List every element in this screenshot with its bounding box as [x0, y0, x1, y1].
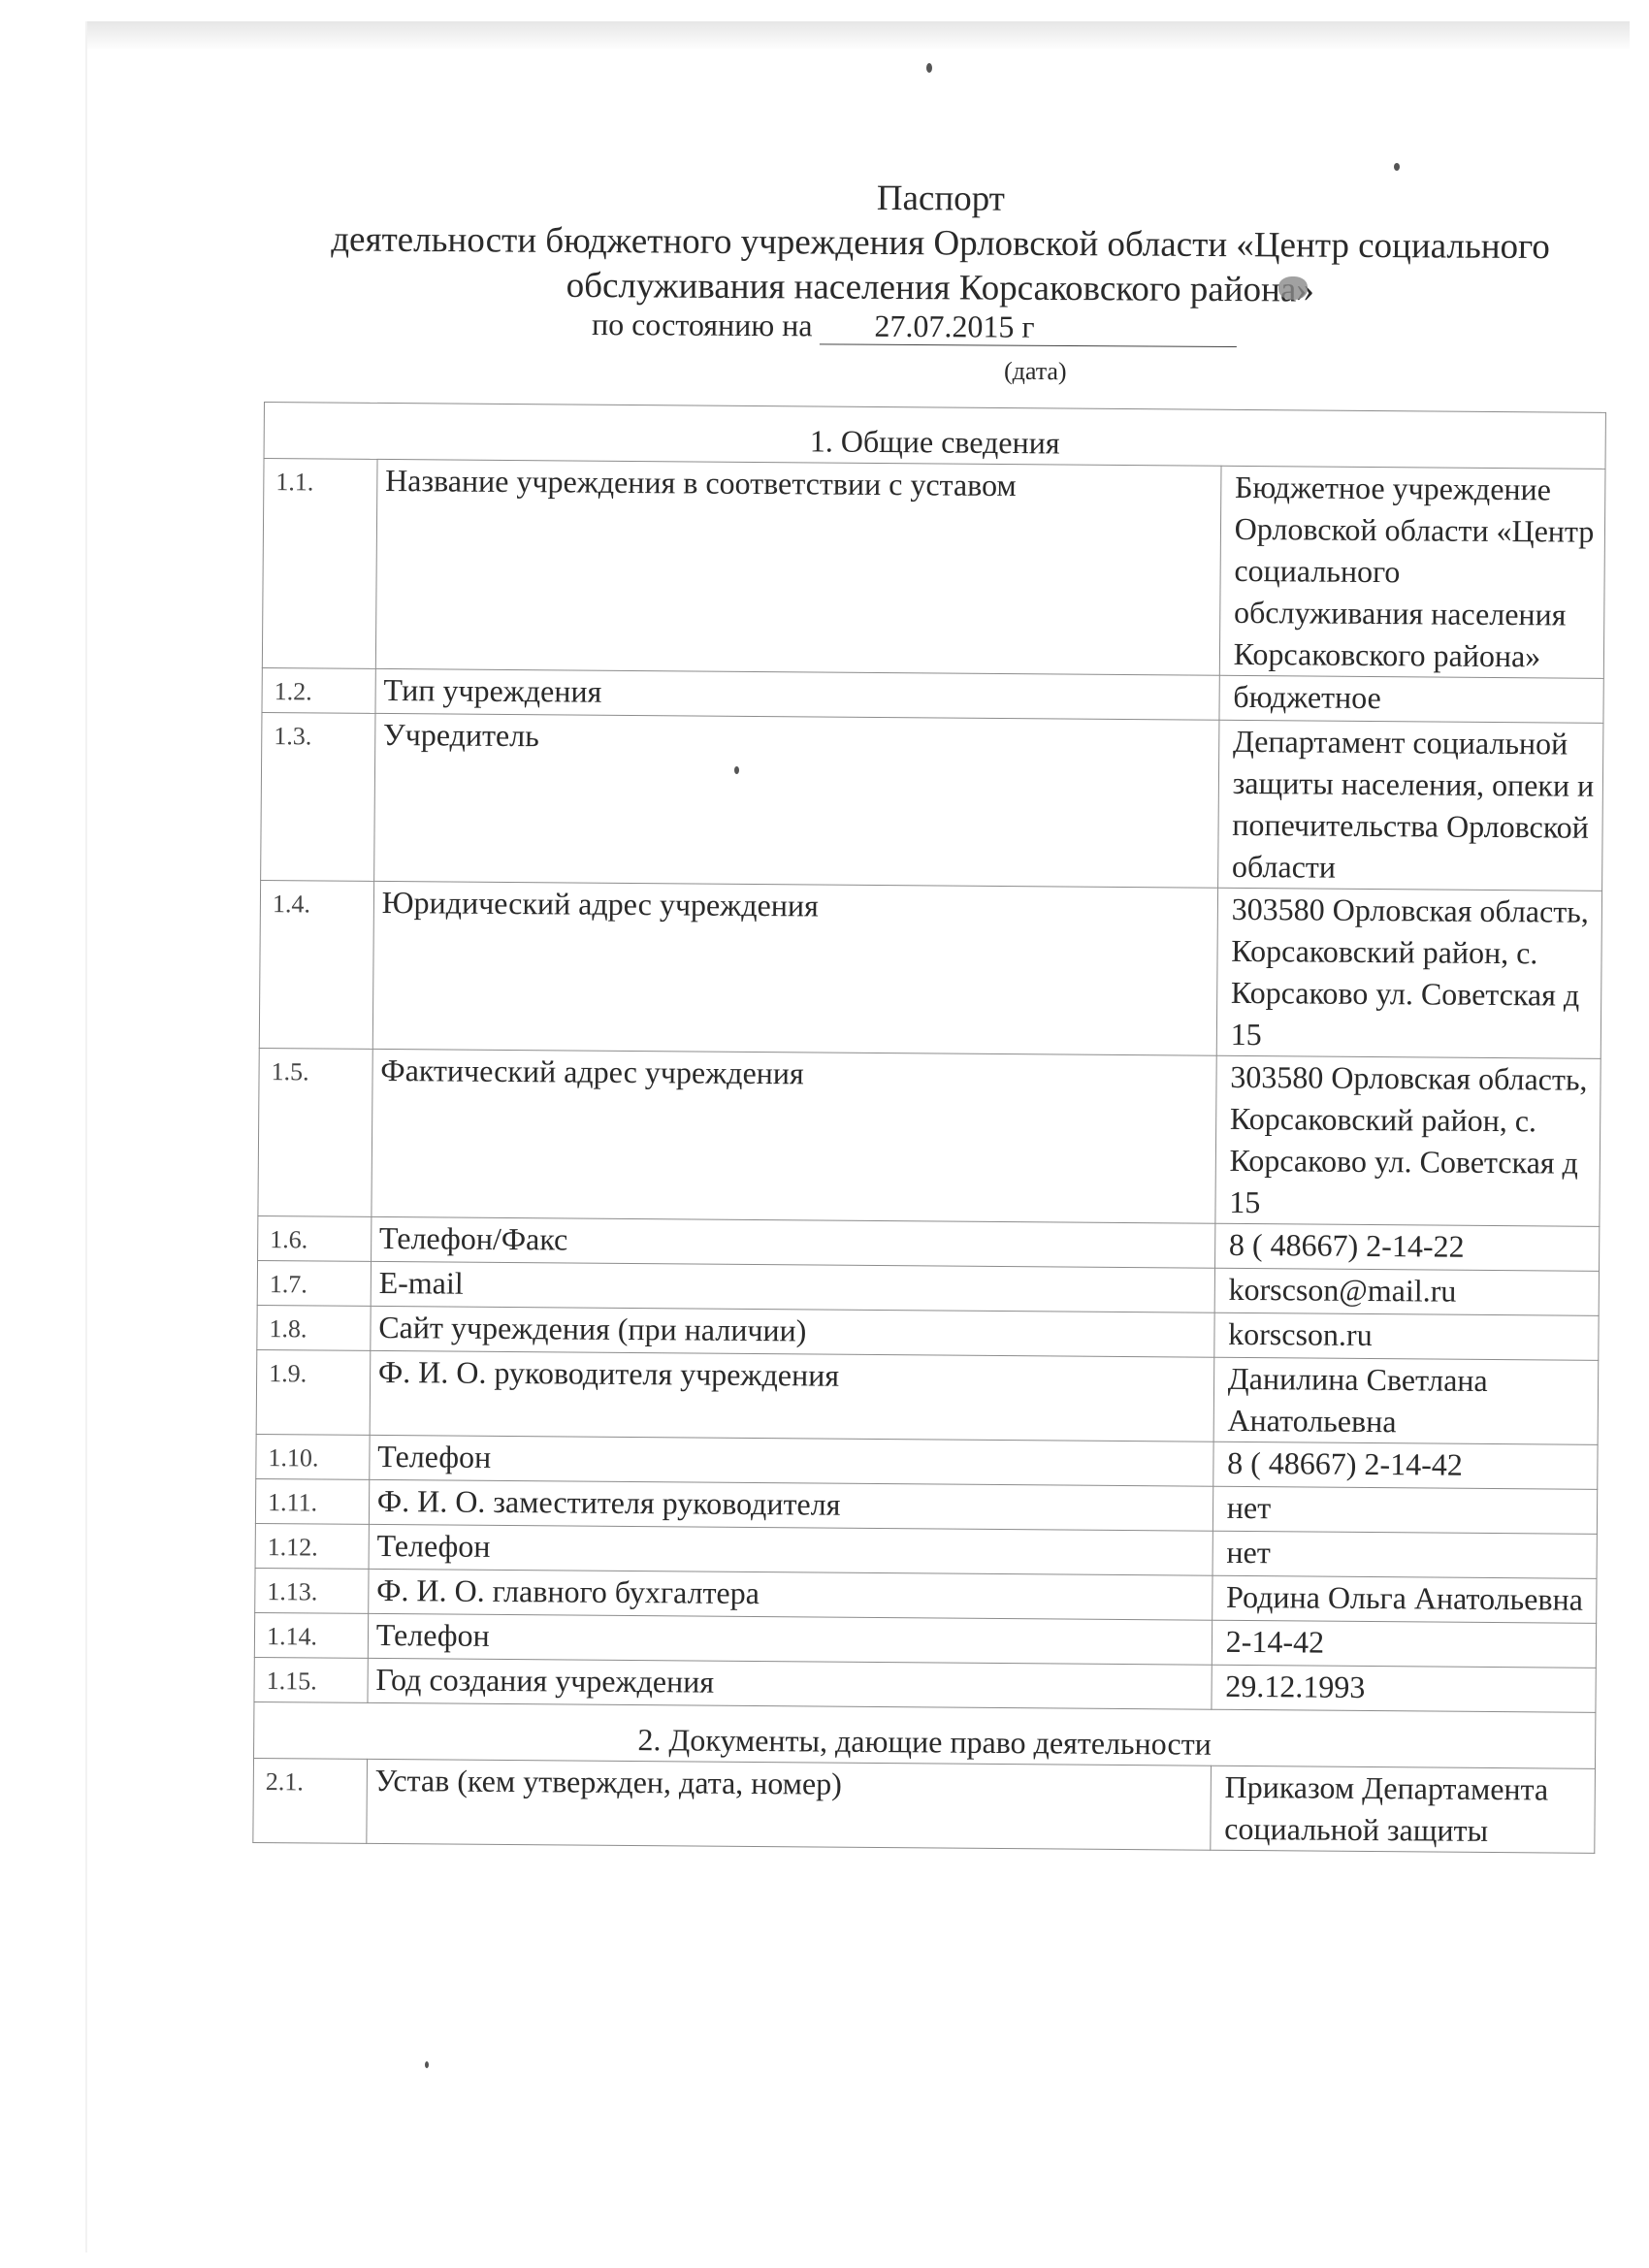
scan-edge — [85, 21, 87, 2252]
table-row: 1.5.Фактический адрес учреждения303580 О… — [258, 1048, 1600, 1226]
row-label: Телефон — [370, 1435, 1213, 1486]
table-row: 2.1.Устав (кем утвержден, дата, номер)Пр… — [253, 1758, 1596, 1853]
row-label: Телефон — [369, 1524, 1212, 1575]
section-title: 2. Документы, дающие право деятельности — [254, 1701, 1596, 1768]
row-number: 1.13. — [255, 1568, 369, 1613]
row-value: 303580 Орловская область, Корсаковский р… — [1215, 1055, 1601, 1226]
row-value: korscson@mail.ru — [1214, 1268, 1600, 1315]
row-label: Юридический адрес учреждения — [372, 881, 1217, 1055]
scan-shadow — [87, 21, 1630, 50]
row-value: бюджетное — [1219, 675, 1604, 723]
row-label: Сайт учреждения (при наличии) — [371, 1306, 1214, 1357]
row-label: Устав (кем утвержден, дата, номер) — [367, 1759, 1212, 1850]
title-line-3: обслуживания населения Корсаковского рай… — [261, 262, 1619, 315]
row-number: 1.8. — [257, 1305, 371, 1350]
row-label: Ф. И. О. заместителя руководителя — [369, 1479, 1212, 1531]
date-caption: (дата) — [1004, 357, 1067, 386]
row-number: 1.15. — [254, 1657, 368, 1702]
as-of-date: по состоянию на 27.07.2015 г — [592, 307, 1238, 347]
row-label: Название учреждения в соответствии с уст… — [375, 459, 1221, 675]
row-number: 1.12. — [255, 1523, 369, 1569]
row-value: Бюджетное учреждение Орловской области «… — [1219, 466, 1605, 678]
row-label: E-mail — [371, 1261, 1214, 1312]
row-value: 303580 Орловская область, Корсаковский р… — [1216, 888, 1602, 1058]
row-label: Фактический адрес учреждения — [372, 1049, 1216, 1223]
scan-speck — [926, 63, 932, 73]
table-row: 1.3.УчредительДепартамент социальной защ… — [261, 712, 1603, 891]
row-label: Год создания учреждения — [368, 1658, 1212, 1709]
row-value: Приказом Департамента социальной защиты — [1211, 1766, 1596, 1853]
row-value: Данилина Светлана Анатольевна — [1213, 1357, 1599, 1444]
row-value: 8 ( 48667) 2-14-42 — [1212, 1442, 1598, 1489]
row-number: 1.4. — [259, 880, 373, 1049]
section-header-row: 2. Документы, дающие право деятельности — [254, 1701, 1596, 1768]
scan-speck — [1394, 163, 1400, 171]
row-number: 2.1. — [253, 1758, 367, 1843]
row-value: нет — [1212, 1486, 1598, 1534]
row-label: Телефон/Факс — [371, 1216, 1214, 1268]
row-number: 1.11. — [255, 1478, 369, 1524]
row-value: korscson.ru — [1214, 1312, 1600, 1360]
row-value: Департамент социальной защиты населения,… — [1217, 720, 1603, 891]
row-value: 2-14-42 — [1212, 1620, 1597, 1668]
table-row: 1.4.Юридический адрес учреждения303580 О… — [259, 880, 1601, 1058]
title-line-2: деятельности бюджетного учреждения Орлов… — [261, 217, 1619, 271]
row-label: Ф. И. О. главного бухгалтера — [368, 1569, 1212, 1620]
row-value: 29.12.1993 — [1212, 1665, 1597, 1712]
row-number: 1.1. — [262, 459, 376, 669]
row-number: 1.9. — [256, 1349, 370, 1435]
row-number: 1.14. — [254, 1612, 368, 1658]
row-value: нет — [1212, 1531, 1598, 1578]
as-of-prefix: по состоянию на — [592, 307, 813, 342]
document-title: Паспорт деятельности бюджетного учрежден… — [261, 173, 1620, 315]
section-title: 1. Общие сведения — [264, 403, 1605, 470]
row-number: 1.2. — [262, 667, 375, 713]
row-number: 1.7. — [257, 1260, 371, 1306]
row-number: 1.6. — [258, 1215, 372, 1261]
row-number: 1.3. — [261, 712, 375, 881]
passport-table: 1. Общие сведения1.1.Название учреждения… — [252, 402, 1606, 1854]
row-value: Родина Ольга Анатольевна — [1212, 1575, 1597, 1623]
scan-speck — [734, 766, 739, 774]
ink-blot — [1278, 276, 1308, 300]
row-label: Телефон — [368, 1613, 1212, 1665]
row-label: Тип учреждения — [375, 668, 1219, 720]
row-number: 1.10. — [256, 1434, 370, 1479]
row-label: Ф. И. О. руководителя учреждения — [370, 1350, 1214, 1442]
row-label: Учредитель — [373, 713, 1218, 888]
scan-speck — [425, 2061, 429, 2068]
row-value: 8 ( 48667) 2-14-22 — [1214, 1223, 1600, 1271]
table-row: 1.1.Название учреждения в соответствии с… — [262, 459, 1605, 679]
section-header-row: 1. Общие сведения — [264, 403, 1605, 470]
table-row: 1.9.Ф. И. О. руководителя учрежденияДани… — [256, 1349, 1599, 1444]
row-number: 1.5. — [258, 1048, 372, 1216]
as-of-date-value: 27.07.2015 г — [820, 308, 1237, 347]
